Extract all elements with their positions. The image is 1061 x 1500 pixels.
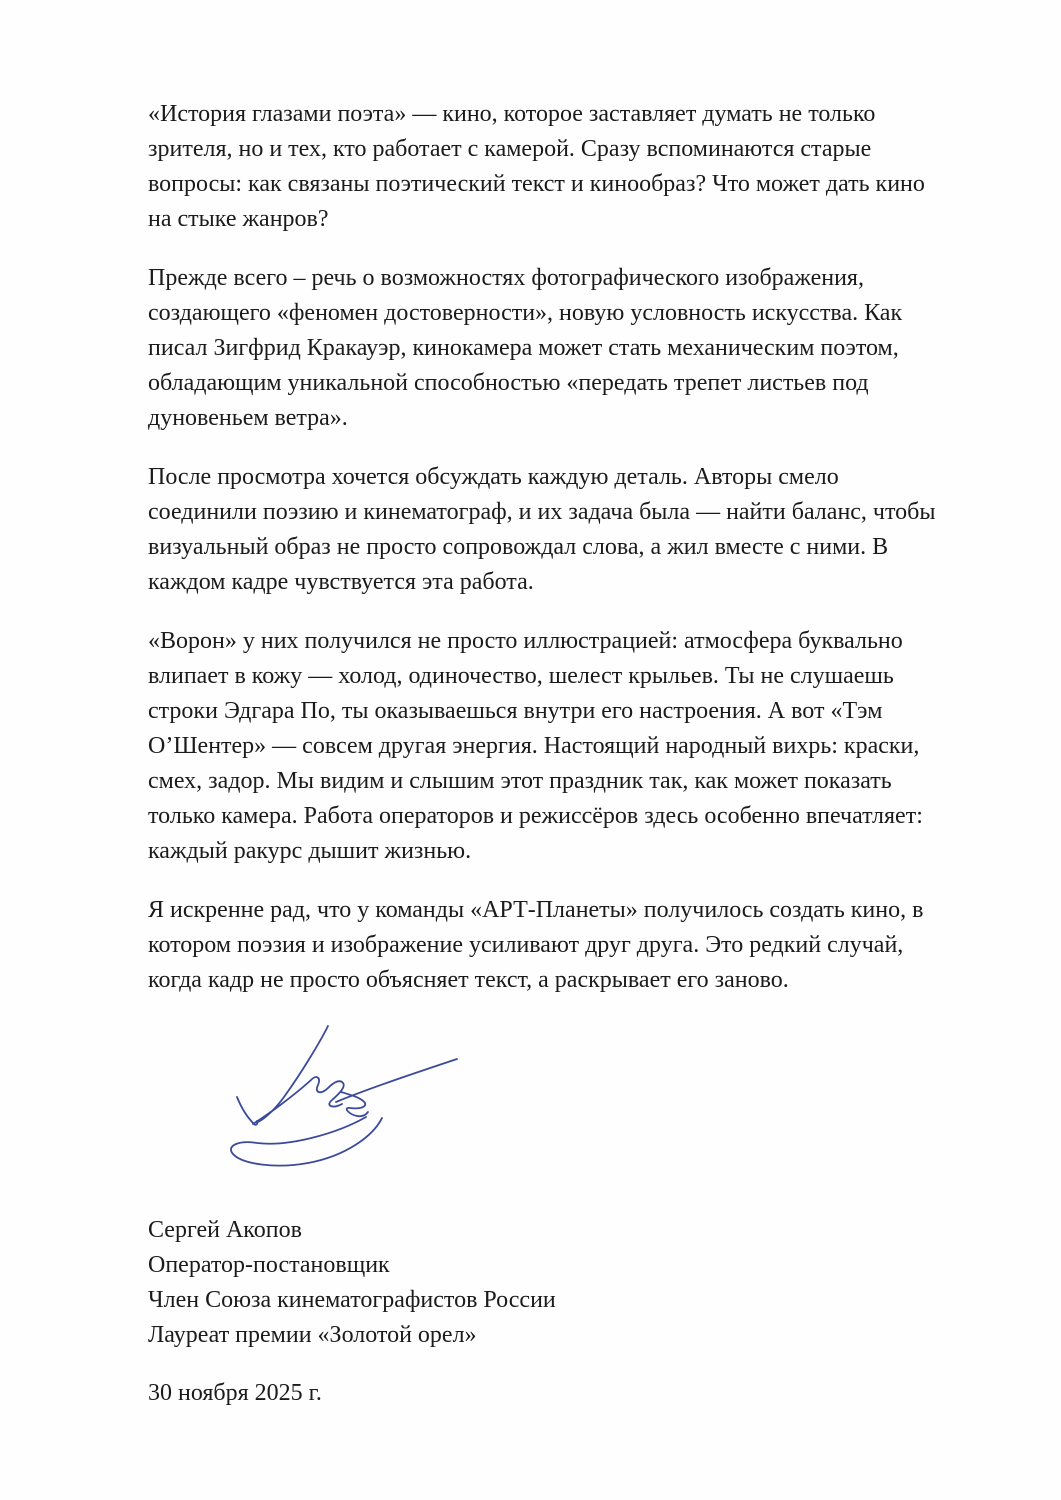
text-line: влипает в кожу — холод, одиночество, шел… xyxy=(148,659,988,694)
signature-stroke xyxy=(341,1092,368,1116)
text-line: каждый ракурс дышит жизнью. xyxy=(148,834,988,869)
text-line: О’Шентер» — совсем другая энергия. Насто… xyxy=(148,729,988,764)
text-line: зрителя, но и тех, кто работает с камеро… xyxy=(148,132,988,167)
handwritten-signature-ink xyxy=(210,1022,460,1172)
signoff-name: Сергей Акопов xyxy=(148,1213,988,1248)
text-line: Прежде всего – речь о возможностях фотог… xyxy=(148,261,988,296)
paragraph: «Ворон» у них получился не просто иллюст… xyxy=(148,624,988,869)
text-line: каждом кадре чувствуется эта работа. xyxy=(148,565,988,600)
text-line: писал Зигфрид Кракауэр, кинокамера может… xyxy=(148,331,988,366)
text-line: визуальный образ не просто сопровождал с… xyxy=(148,530,988,565)
text-line: После просмотра хочется обсуждать каждую… xyxy=(148,460,988,495)
signature-stroke xyxy=(258,1026,328,1122)
text-line: создающего «феномен достоверности», нову… xyxy=(148,296,988,331)
signoff-block: Сергей Акопов Оператор-постановщик Член … xyxy=(148,1213,988,1353)
text-line: котором поэзия и изображение усиливают д… xyxy=(148,928,988,963)
text-line: «История глазами поэта» — кино, которое … xyxy=(148,97,988,132)
page: «История глазами поэта» — кино, которое … xyxy=(0,0,1061,1500)
text-line: на стыке жанров? xyxy=(148,202,988,237)
paragraph: После просмотра хочется обсуждать каждую… xyxy=(148,460,988,600)
paragraph: Прежде всего – речь о возможностях фотог… xyxy=(148,261,988,436)
text-line: дуновеньем ветра». xyxy=(148,401,988,436)
text-line: соединили поэзию и кинематограф, и их за… xyxy=(148,495,988,530)
text-line: когда кадр не просто объясняет текст, а … xyxy=(148,963,988,998)
paragraph: «История глазами поэта» — кино, которое … xyxy=(148,97,988,237)
signature-strokes xyxy=(231,1026,457,1166)
signoff-award: Лауреат премии «Золотой орел» xyxy=(148,1318,988,1353)
text-line: «Ворон» у них получился не просто иллюст… xyxy=(148,624,988,659)
signoff-membership: Член Союза кинематографистов России xyxy=(148,1283,988,1318)
letter-body: «История глазами поэта» — кино, которое … xyxy=(148,97,988,1411)
text-line: только камера. Работа операторов и режис… xyxy=(148,799,988,834)
date-line: 30 ноября 2025 г. xyxy=(148,1376,988,1411)
paragraph: Я искренне рад, что у команды «АРТ-Плане… xyxy=(148,893,988,998)
text-line: вопросы: как связаны поэтический текст и… xyxy=(148,167,988,202)
text-line: обладающим уникальной способностью «пере… xyxy=(148,366,988,401)
signature-stroke xyxy=(237,1097,257,1125)
text-line: строки Эдгара По, ты оказываешься внутри… xyxy=(148,694,988,729)
text-line: Я искренне рад, что у команды «АРТ-Плане… xyxy=(148,893,988,928)
text-line: смех, задор. Мы видим и слышим этот праз… xyxy=(148,764,988,799)
signoff-title: Оператор-постановщик xyxy=(148,1248,988,1283)
